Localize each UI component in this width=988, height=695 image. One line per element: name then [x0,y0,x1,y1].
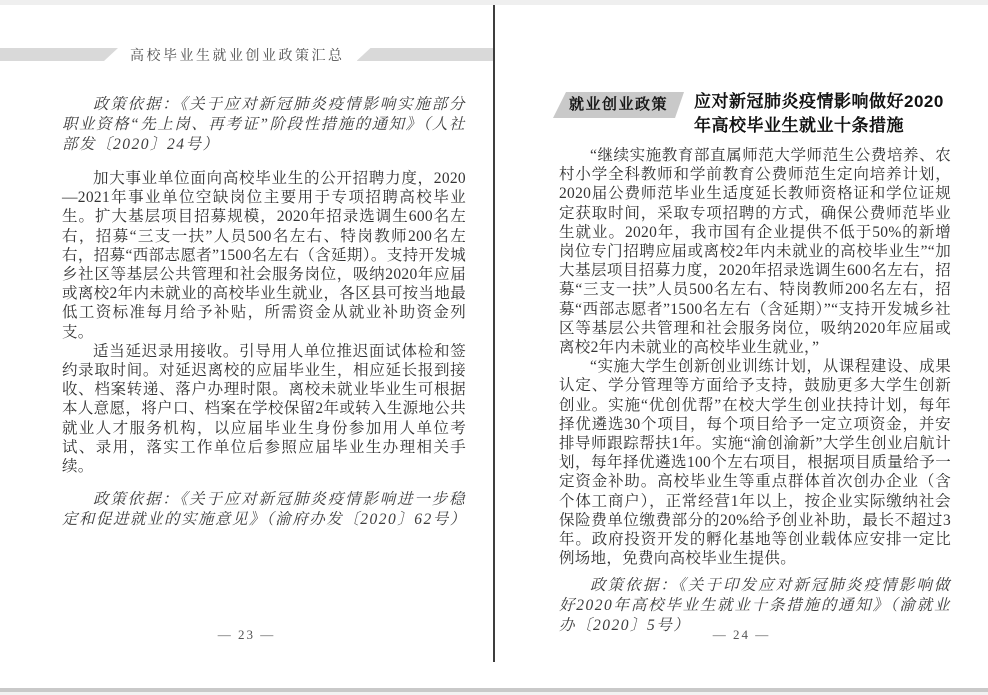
section-badge: 就业创业政策 [553,92,684,118]
paragraph-recruitment-expansion: 加大事业单位面向高校毕业生的公开招聘力度，2020—2021年事业单位空缺岗位主… [62,169,466,342]
policy-basis-paragraph-2: 政策依据：《关于应对新冠肺炎疫情影响进一步稳定和促进就业的实施意见》（渝府办发〔… [62,490,466,530]
policy-basis-paragraph-1: 政策依据：《关于应对新冠肺炎疫情影响实施部分职业资格“先上岗、再考证”阶段性措施… [62,95,466,155]
document-spread: 高校毕业生就业创业政策汇总 政策依据：《关于应对新冠肺炎疫情影响实施部分职业资格… [0,0,988,695]
page-number-left: — 23 — [0,627,493,643]
article-title: 应对新冠肺炎疫情影响做好2020年高校毕业生就业十条措施 [694,90,951,137]
running-head-title: 高校毕业生就业创业政策汇总 [130,45,345,65]
header-ribbon-right-decoration [357,48,494,61]
left-page-body: 政策依据：《关于应对新冠肺炎疫情影响实施部分职业资格“先上岗、再考证”阶段性措施… [62,95,466,530]
left-page-running-head: 高校毕业生就业创业政策汇总 [0,47,493,62]
paragraph-innovation-entrepreneurship-support: “实施大学生创新创业训练计划，从课程建设、成果认定、学分管理等方面给予支持，鼓励… [559,357,951,568]
right-page-body: 就业创业政策 应对新冠肺炎疫情影响做好2020年高校毕业生就业十条措施 “继续实… [559,90,951,636]
page-number-right: — 24 — [495,627,988,643]
page-right: 就业创业政策 应对新冠肺炎疫情影响做好2020年高校毕业生就业十条措施 “继续实… [495,0,988,695]
page-left: 高校毕业生就业创业政策汇总 政策依据：《关于应对新冠肺炎疫情影响实施部分职业资格… [0,0,493,695]
paragraph-delayed-employment: 适当延迟录用接收。引导用人单位推迟面试体检和签约录取时间。对延迟离校的应届毕业生… [62,342,466,476]
paragraph-quoted-measures: “继续实施教育部直属师范大学师范生公费培养、农村小学全科教师和学前教育公费师范生… [559,146,951,357]
scan-edge-top [0,0,988,5]
right-page-section-header: 就业创业政策 应对新冠肺炎疫情影响做好2020年高校毕业生就业十条措施 [553,90,951,137]
header-ribbon-left-decoration [0,48,118,61]
